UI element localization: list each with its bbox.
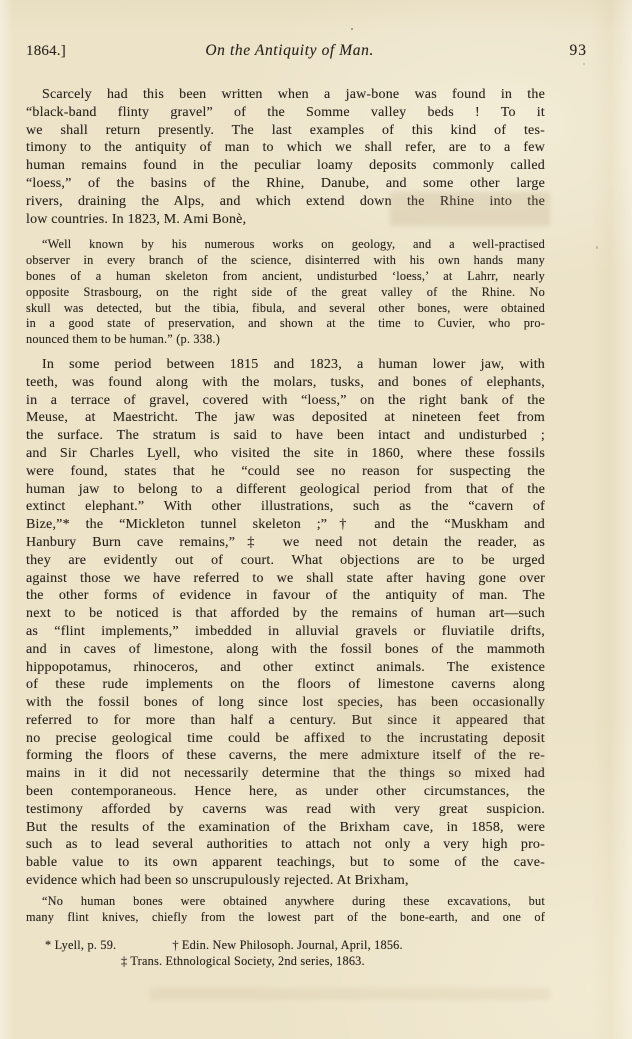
text-line: as “flint implements,” imbedded in alluv… <box>26 623 545 641</box>
paper-speck <box>583 63 585 65</box>
text-line: “Well known by his numerous works on geo… <box>26 237 545 253</box>
text-line: they are evidently out of court. What ob… <box>26 552 545 570</box>
text-line: But the results of the examination of th… <box>26 819 545 837</box>
text-line: In some period between 1815 and 1823, a … <box>26 356 545 374</box>
text-line: the other forms of evidence in favour of… <box>26 587 545 605</box>
text-line: nounced them to be human.” (p. 338.) <box>26 332 545 348</box>
book-page: 1864.] On the Antiquity of Man. 93 Scarc… <box>0 0 632 1039</box>
ink-bleed-through <box>390 192 550 226</box>
text-line: Meuse, at Maestricht. The jaw was deposi… <box>26 409 545 427</box>
text-line: extinct elephant.” With other illustrati… <box>26 498 545 516</box>
text-line: “No human bones were obtained anywhere d… <box>26 894 545 910</box>
text-line: evidence which had been so unscrupulousl… <box>26 872 545 890</box>
header-year: 1864.] <box>26 43 66 60</box>
footnote-row: * Lyell, p. 59. † Edin. New Philosoph. J… <box>26 937 545 953</box>
text-line: we shall return presently. The last exam… <box>26 122 545 140</box>
text-line: were found, states that he “could see no… <box>26 463 545 481</box>
footnote-ethnological-society: ‡ Trans. Ethnological Society, 2nd serie… <box>121 953 545 969</box>
text-line: teeth, was found along with the molars, … <box>26 374 545 392</box>
text-line: human jaw to belong to a different geolo… <box>26 481 545 499</box>
footnotes: * Lyell, p. 59. † Edin. New Philosoph. J… <box>26 937 545 969</box>
text-line: of these rude implements on the floors o… <box>26 676 545 694</box>
footnote-lyell: * Lyell, p. 59. <box>45 937 116 953</box>
text-line: bones of a human skeleton from ancient, … <box>26 269 545 285</box>
text-line: hippopotamus, rhinoceros, and other exti… <box>26 659 545 677</box>
text-line: Scarcely had this been written when a ja… <box>26 86 545 104</box>
paragraph-maestricht-brixham: In some period between 1815 and 1823, a … <box>26 356 545 890</box>
page-number: 93 <box>570 42 588 60</box>
text-line: and Sir Charles Lyell, who visited the s… <box>26 445 545 463</box>
paper-speck <box>351 28 353 30</box>
text-line: been contemporaneous. Hence here, as und… <box>26 783 545 801</box>
text-line: next to be noticed is that afforded by t… <box>26 605 545 623</box>
text-line: timony to the antiquity of man to which … <box>26 139 545 157</box>
text-line: “black-band flinty gravel” of the Somme … <box>26 104 545 122</box>
ink-bleed-through <box>150 988 550 1000</box>
text-line: many flint knives, chiefly from the lowe… <box>26 910 545 926</box>
blockquote-ami-bone: “Well known by his numerous works on geo… <box>26 237 545 348</box>
text-line: testimony afforded by caverns was read w… <box>26 801 545 819</box>
text-line: against those we have referred to we sha… <box>26 570 545 588</box>
paper-speck <box>596 246 598 249</box>
text-line: bable value to its own apparent teaching… <box>26 854 545 872</box>
text-line: the surface. The stratum is said to have… <box>26 427 545 445</box>
text-line: human remains found in the peculiar loam… <box>26 157 545 175</box>
text-line: Bize,”* the “Mickleton tunnel skeleton ;… <box>26 516 545 534</box>
text-line: skull was detected, but the tibia, fibul… <box>26 301 545 317</box>
text-line: opposite Strasbourg, on the right side o… <box>26 285 545 301</box>
text-line: “loess,” of the basins of the Rhine, Dan… <box>26 175 545 193</box>
running-title: On the Antiquity of Man. <box>205 42 374 60</box>
text-line: in a terrace of gravel, covered with “lo… <box>26 392 545 410</box>
text-line: in a good state of preservation, and sho… <box>26 316 545 332</box>
ink-bleed-through <box>330 700 545 780</box>
text-line: Hanbury Burn cave remains,”‡ we need not… <box>26 534 545 552</box>
text-line: observer in every branch of the science,… <box>26 253 545 269</box>
footnote-edin-journal: † Edin. New Philosoph. Journal, April, 1… <box>172 937 402 953</box>
page-header: 1864.] On the Antiquity of Man. 93 <box>26 42 587 62</box>
blockquote-brixham-excavations: “No human bones were obtained anywhere d… <box>26 894 545 926</box>
text-line: and in caves of limestone, along with th… <box>26 641 545 659</box>
text-line: such as to lead several authorities to a… <box>26 836 545 854</box>
